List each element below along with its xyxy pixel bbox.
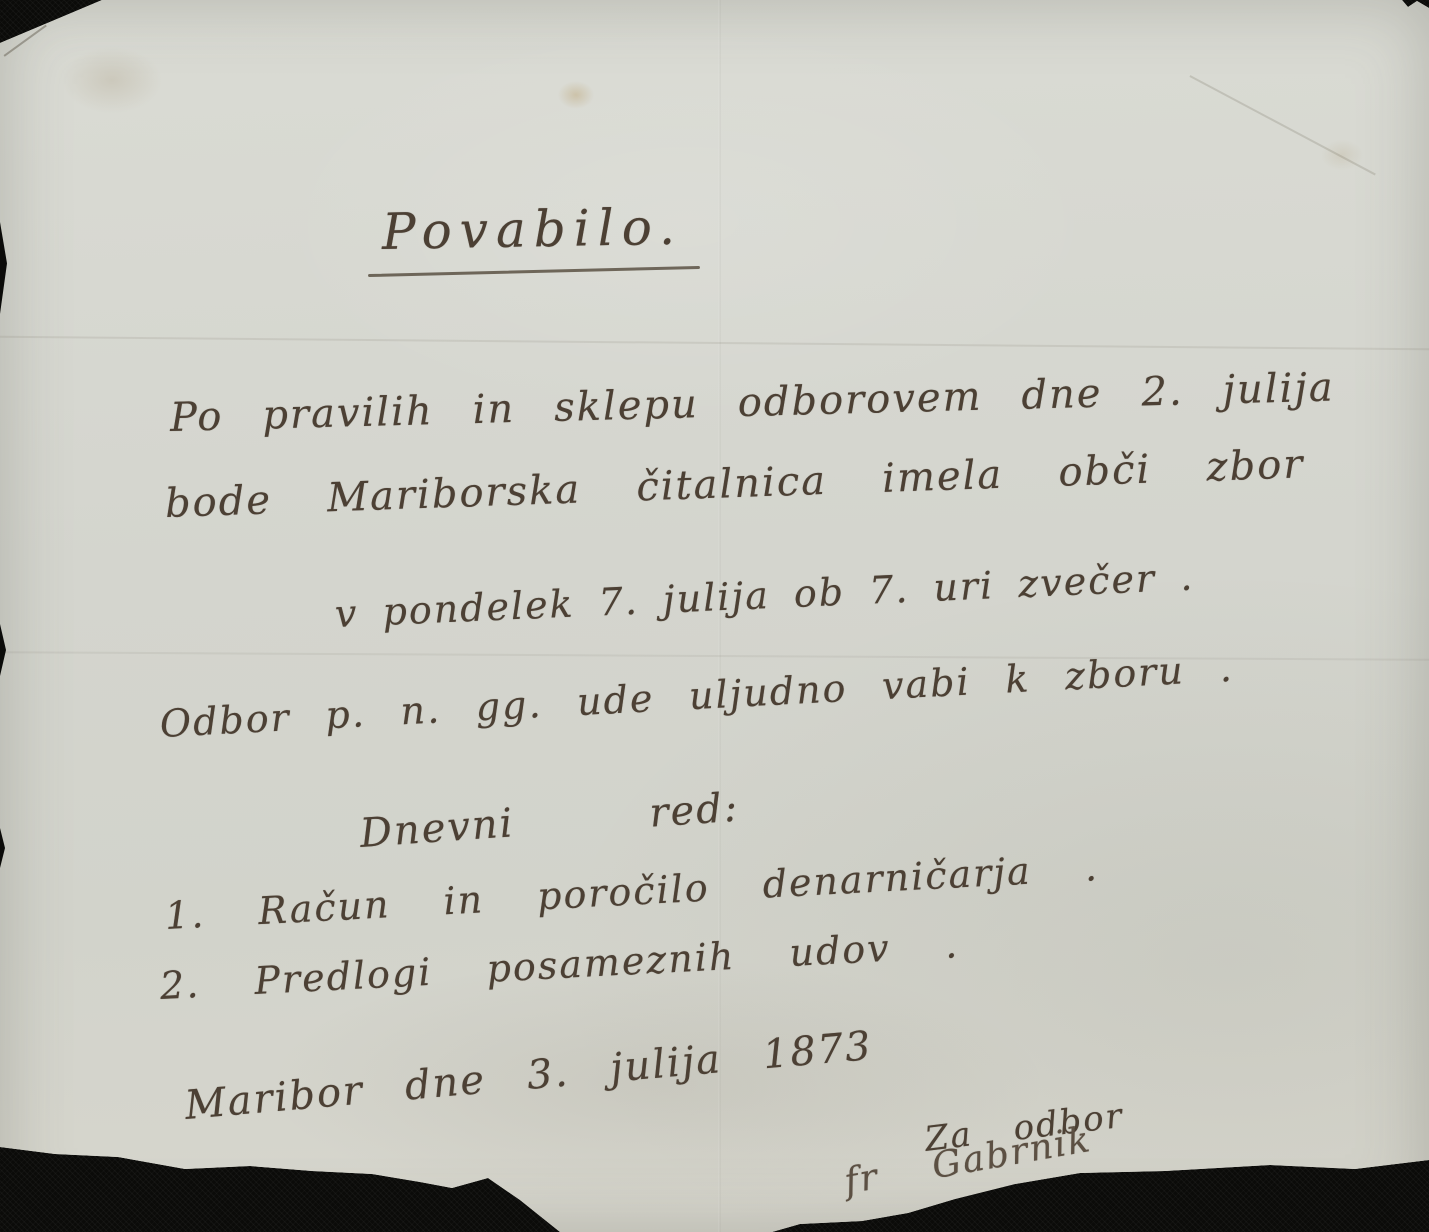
- diagonal-crease: [1190, 75, 1376, 175]
- dateline: Maribor dne 3. julija 1873: [183, 1020, 875, 1132]
- letter-paper: Povabilo. Po pravilih in sklepu odborove…: [0, 0, 1429, 1232]
- agenda-heading: Dnevni red:: [358, 782, 741, 860]
- body-line-1: Po pravilih in sklepu odborovem dne 2. j…: [169, 362, 1335, 444]
- body-line-3: v pondelek 7. julija ob 7. uri zvečer .: [334, 553, 1195, 640]
- title-underline: [368, 266, 700, 277]
- letter-title: Povabilo.: [381, 195, 694, 265]
- body-line-2: bode Mariborska čitalnica imela obči zbo…: [164, 438, 1305, 530]
- agenda-item-1: 1. Račun in poročilo denarničarja .: [164, 843, 1100, 941]
- fold-crease-horizontal: [0, 336, 1429, 350]
- corner-fold-crease: [10, 0, 120, 34]
- photo-backdrop: Povabilo. Po pravilih in sklepu odborove…: [0, 0, 1429, 1232]
- body-line-4: Odbor p. n. gg. ude uljudno vabi k zboru…: [159, 644, 1235, 750]
- corner-fold-crease: [4, 25, 47, 57]
